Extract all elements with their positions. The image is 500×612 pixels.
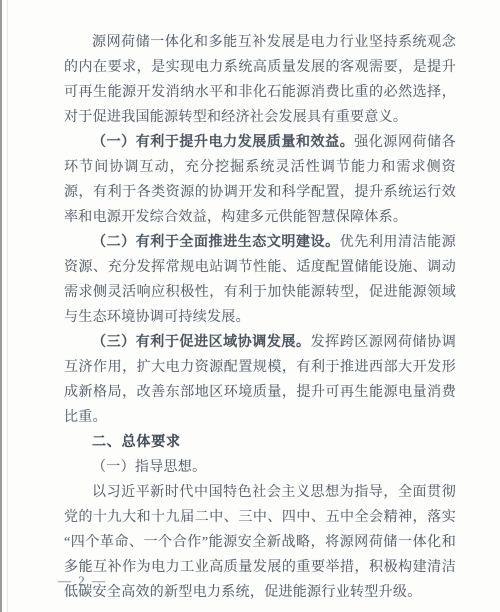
paragraph-item-1: （一）有利于提升电力发展质量和效益。强化源网荷储各环节间协调互动，充分挖掘系统灵… [64,130,456,230]
page-number: — 2 — [58,573,107,589]
item-3-lead: （三）有利于促进区域协调发展。 [92,335,311,350]
sub-heading: （一）指导思想。 [64,455,456,480]
document-body: 源网荷储一体化和多能互补发展是电力行业坚持系统观念的内在要求，是实现电力系统高质… [64,30,456,605]
item-1-lead: （一）有利于提升电力发展质量和效益。 [92,135,354,150]
paragraph-item-3: （三）有利于促进区域协调发展。发挥跨区源网荷储协调互济作用，扩大电力资源配置规模… [64,330,456,430]
intro-text: 源网荷储一体化和多能互补发展是电力行业坚持系统观念的内在要求，是实现电力系统高质… [64,35,456,125]
paragraph-item-2: （二）有利于全面推进生态文明建设。优先利用清洁能源资源、充分发挥常规电站调节性能… [64,230,456,330]
guiding-text: 以习近平新时代中国特色社会主义思想为指导，全面贯彻党的十九大和十九届二中、三中、… [64,485,456,600]
paragraph-guiding: 以习近平新时代中国特色社会主义思想为指导，全面贯彻党的十九大和十九届二中、三中、… [64,480,456,605]
scan-edge-line-faint [7,0,8,612]
item-2-lead: （二）有利于全面推进生态文明建设。 [92,235,340,250]
paragraph-intro: 源网荷储一体化和多能互补发展是电力行业坚持系统观念的内在要求，是实现电力系统高质… [64,30,456,130]
section-heading-text: 二、总体要求 [92,435,181,450]
section-heading: 二、总体要求 [64,430,456,455]
sub-heading-text: （一）指导思想。 [92,460,206,475]
scan-edge-line [0,0,2,612]
